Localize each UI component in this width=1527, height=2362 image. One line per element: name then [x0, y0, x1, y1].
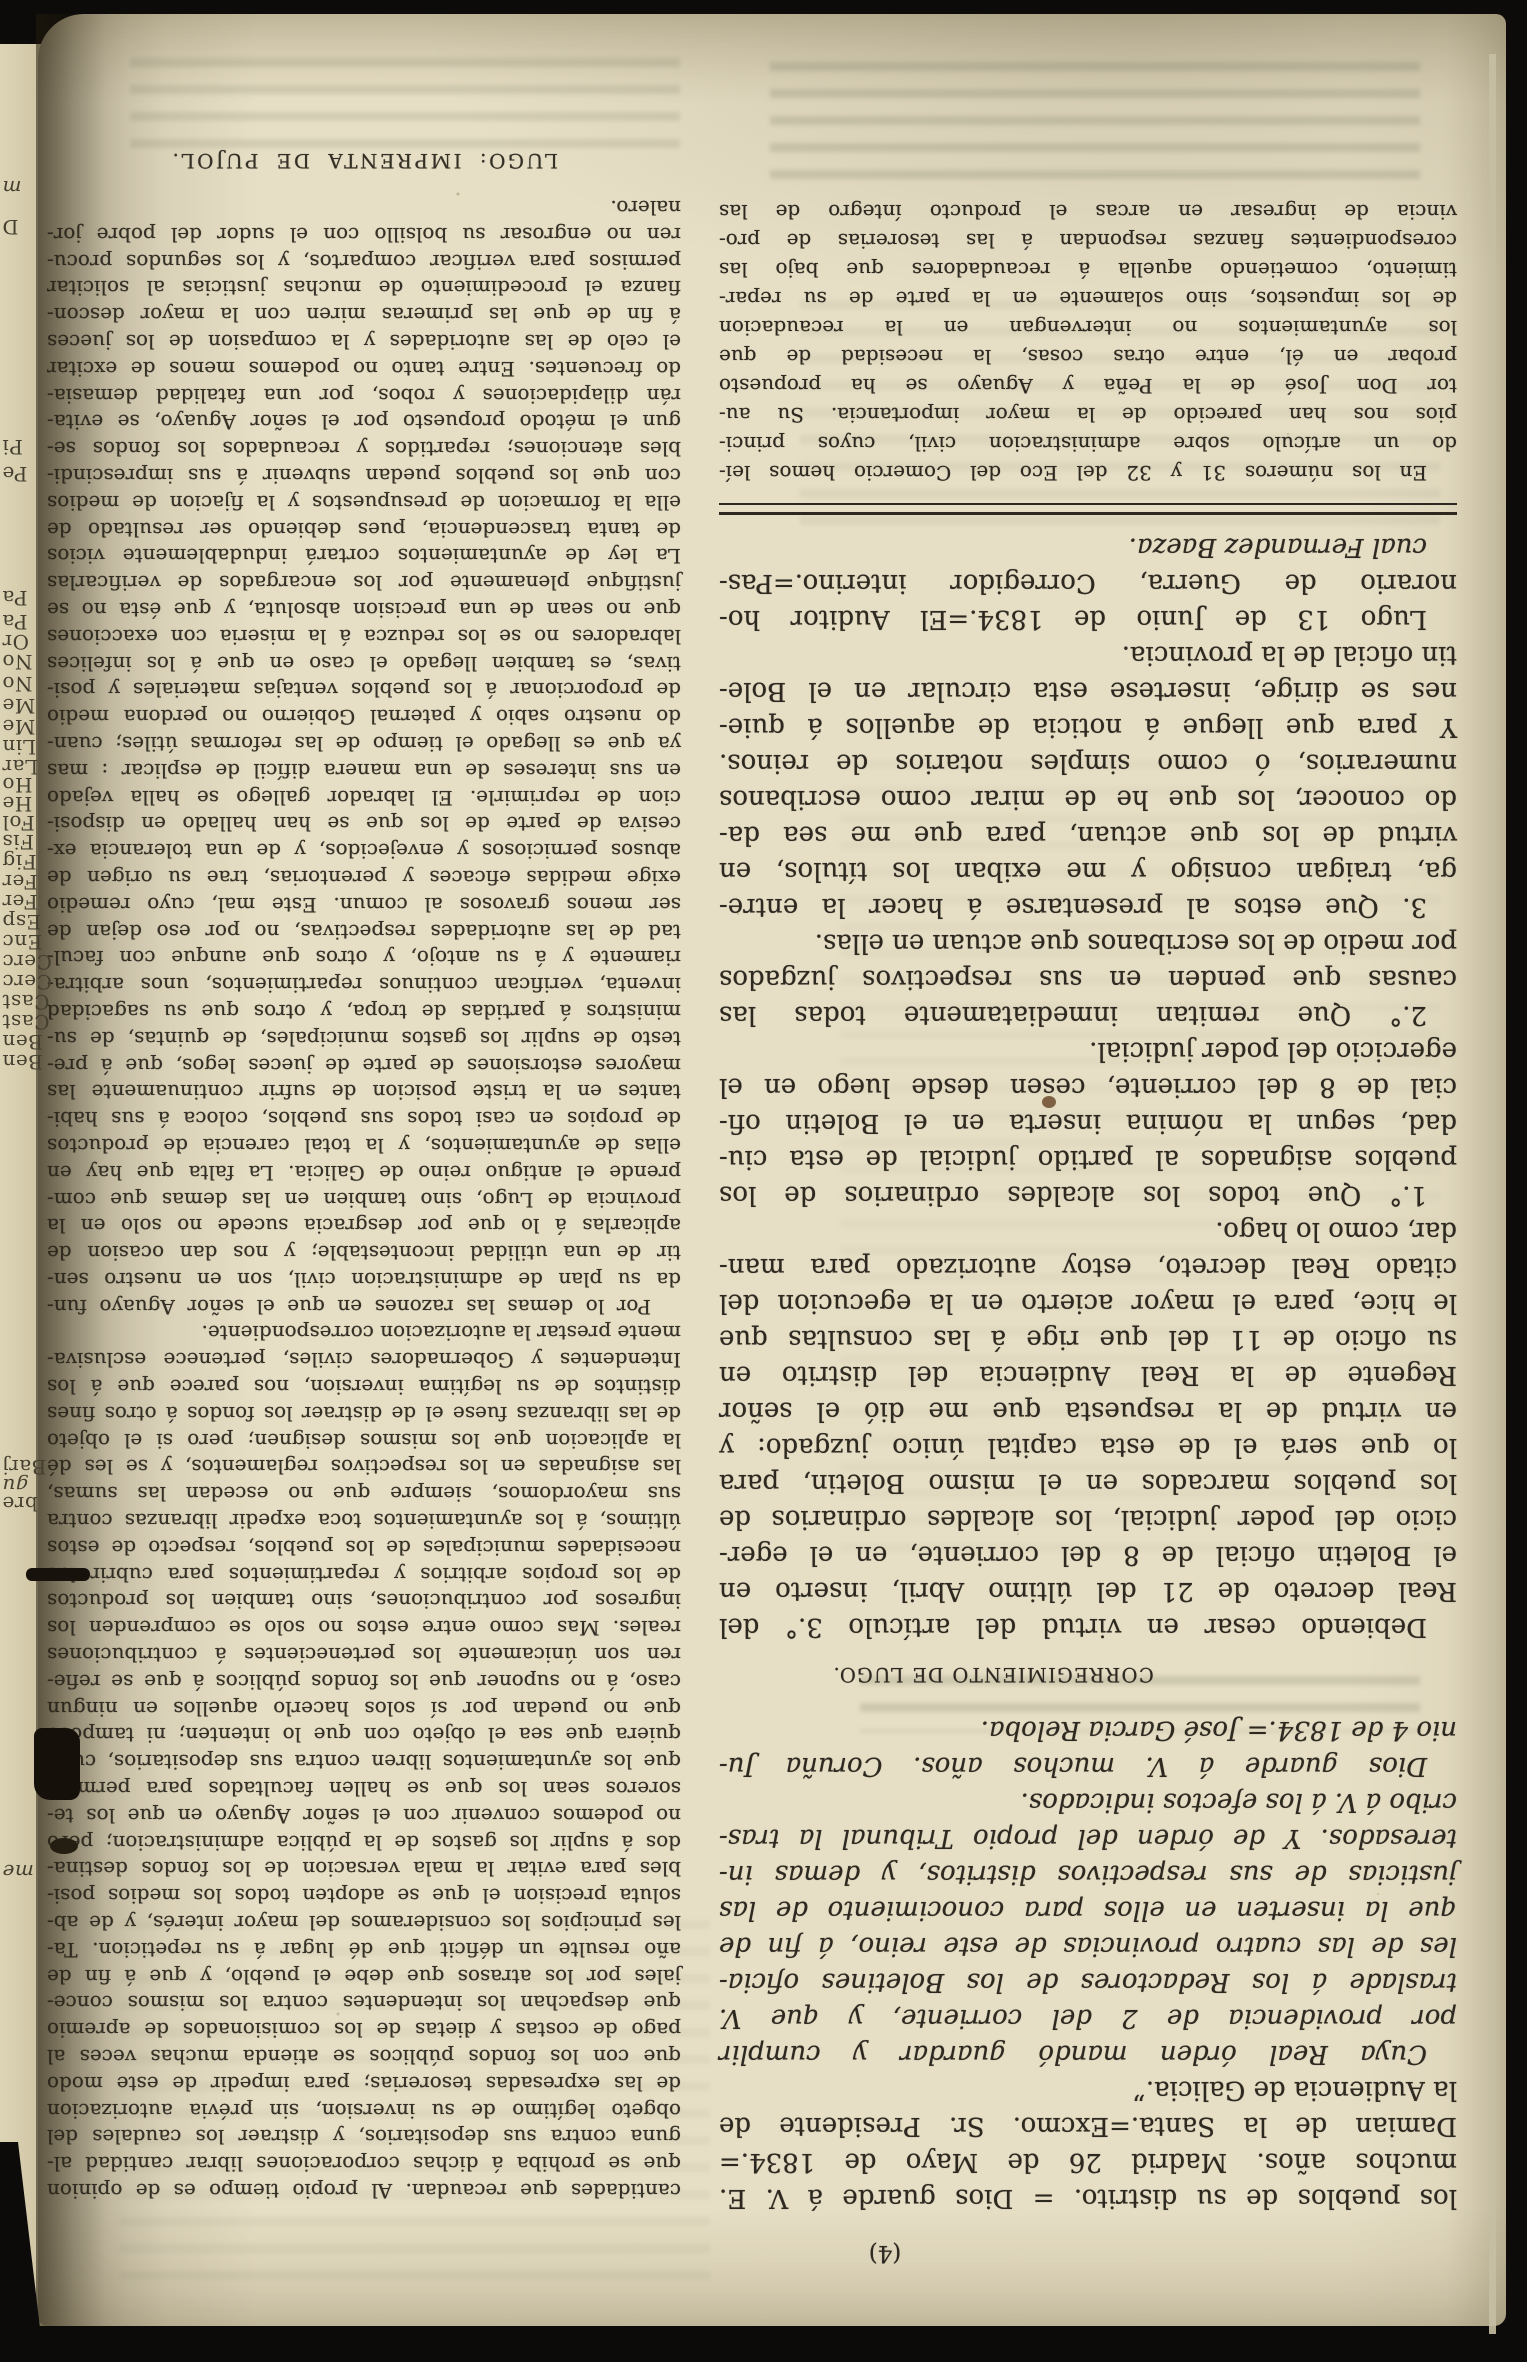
text-line: ingresos por contribuciones, sino tambie…: [47, 1588, 681, 1615]
text-line: do frecuentes. Entre tanto no podemos me…: [47, 355, 681, 382]
column-right: cantidades que recaudan. Al propio tiemp…: [47, 147, 681, 2204]
text-line: Damian de la Santa.=Excmo. Sr. President…: [719, 2108, 1457, 2144]
text-line: cial de 8 del corriente, cesen desde lue…: [719, 1069, 1457, 1105]
text-line: que la inserten en ellos para conocimien…: [719, 1892, 1457, 1928]
text-line: cribo á V. á los efectos indicados.: [719, 1784, 1457, 1820]
text-line: justicias de sus respectivos distritos, …: [719, 1856, 1457, 1892]
text-line: en virtud de la respuesta que me dió el …: [719, 1393, 1457, 1429]
text-line: caso, á no suponer que los fondos públic…: [47, 1668, 681, 1695]
text-line: riamente y á su antojo, y otros que aunq…: [47, 945, 681, 972]
text-line: que se prohiba á dichas corporaciones li…: [47, 2150, 681, 2177]
text-line: sus mayordomos, siempre que no escedan l…: [47, 1480, 681, 1507]
text-line: distintos de su legítima inversion, nos …: [47, 1373, 681, 1400]
text-line: dos á suplir los gastos de la pública ad…: [47, 1829, 681, 1856]
text-line: traslade á los Redactores de los Boletin…: [719, 1964, 1457, 2000]
text-line: su oficio de 11 del que rige á las consu…: [719, 1321, 1457, 1357]
text-line: probar en él, entre otras cosas, la nece…: [719, 342, 1457, 371]
text-line: rán dilapidaciones y robos, por una fata…: [47, 382, 681, 409]
text-line: tor Don José de la Peña y Aguayo se ha p…: [719, 371, 1457, 400]
text-line: que con los fondos públicos se atienda m…: [47, 2043, 681, 2070]
text-line: dar, como lo hago.: [719, 1213, 1457, 1249]
text-line: nalero.: [47, 194, 681, 221]
text-line: bles para evitar la mala versacion de lo…: [47, 1856, 681, 1883]
text-line: ya que es llegado el tiempo de las refor…: [47, 730, 681, 757]
text-line: muchos años. Madrid 26 de Mayo de 1834.=: [719, 2144, 1457, 2180]
text-line: les de las cuatro provincias de este rei…: [719, 1928, 1457, 1964]
text-line: provincia de Lugo, sino tambien en las d…: [47, 1186, 681, 1213]
text-line: numerarios, ó como simples notarios de r…: [719, 745, 1457, 781]
text-line: corespondientes fianzas respondan á las …: [719, 226, 1457, 255]
text-line: cual Fernandez Baeza.: [719, 529, 1457, 565]
column-left: los pueblos de su distrito. = Dios guard…: [719, 197, 1457, 2216]
facing-page-text-fragment: Pa: [2, 586, 27, 610]
text-line: cesiva de parte de los que se han hallad…: [47, 811, 681, 838]
text-line: Dios guarde á V. muchos años. Coruña Ju-: [719, 1748, 1457, 1784]
text-line: mayores estorsiones de parte de jueces l…: [47, 1052, 681, 1079]
text-line: ellas de ayuntamientos, y la total caren…: [47, 1132, 681, 1159]
text-line: En los números 31 y 32 del Eco del Comer…: [719, 458, 1457, 487]
text-line: que despachan los intendentes contra los…: [47, 1990, 681, 2017]
text-line: de las expresadas tesorerias; para imped…: [47, 2070, 681, 2097]
text-line: labradores no se los reduzca á la miseri…: [47, 623, 681, 650]
text-line: de proporcionar á los pueblos ventajas m…: [47, 677, 681, 704]
text-line: que no puedan por sí solos hacerlo aquel…: [47, 1695, 681, 1722]
text-line: testo de suplir los gastos municipales, …: [47, 1025, 681, 1052]
facing-page-text-fragment: m: [2, 176, 21, 200]
text-line: el celo de las autoridades y la compasio…: [47, 328, 681, 355]
text-line: cion de reprimirle. El labrador gallego …: [47, 784, 681, 811]
text-line: de los impuestos, sino solamente en la p…: [719, 284, 1457, 313]
text-line: causas que penden en sus respectivos juz…: [719, 961, 1457, 997]
text-line: Real decreto de 21 del último Abril, ins…: [719, 1573, 1457, 1609]
text-line: que no sean de una precision absoluta, y…: [47, 596, 681, 623]
text-line: egercicio del poder judicial.: [719, 1033, 1457, 1069]
text-line: 1.° Que todos los alcaldes ordinarios de…: [719, 1177, 1457, 1213]
text-line: mente prestar la autorizacion correspond…: [47, 1320, 681, 1347]
text-line: le hice, para el mayor acierto en la ege…: [719, 1285, 1457, 1321]
text-line: nio 4 de 1834.= José Garcia Reloba.: [719, 1712, 1457, 1748]
text-line: tivas, es tambien llegado el caso en que…: [47, 650, 681, 677]
text-line: jales por los atrasos que debe el pueblo…: [47, 1963, 681, 1990]
text-line: tad de las autoridades respectivas, no p…: [47, 918, 681, 945]
text-line: ga, traigan consigo y me exiban los títu…: [719, 853, 1457, 889]
imprint-line: LUGO: IMPRENTA DE PUJOL.: [47, 147, 681, 174]
text-line: dad, segun la nómina inserta en el Bolet…: [719, 1105, 1457, 1141]
text-line: soluta precision el que se adopten todos…: [47, 1882, 681, 1909]
text-line: Por lo demas las razones en que el señor…: [47, 1293, 681, 1320]
text-line: pios nos han parecido de la mayor import…: [719, 400, 1457, 429]
text-line: las asignadas en los respectivos reglame…: [47, 1454, 681, 1481]
text-line: no podemos convenir con el señor Aguayo …: [47, 1802, 681, 1829]
text-line: Y para que llegue á noticia de aquellos …: [719, 709, 1457, 745]
ink-stain: [1042, 1096, 1056, 1108]
text-line: Debiendo cesar en virtud del artículo 3.…: [719, 1609, 1457, 1645]
text-line: necesidades municipales de los pueblos, …: [47, 1534, 681, 1561]
text-line: virtud de los que actuan, para que me se…: [719, 817, 1457, 853]
text-line: con que los pueblos puedan subvenir á su…: [47, 462, 681, 489]
text-line: de tanta trascendencia, pues debiendo se…: [47, 516, 681, 543]
text-line: da su plan de administracion civil, son …: [47, 1266, 681, 1293]
text-line: de propios en casi todos sus pueblos, co…: [47, 1105, 681, 1132]
text-line: inventa, verifican continuos repartimien…: [47, 971, 681, 998]
double-rule-separator: [719, 503, 1457, 515]
facing-page-text-fragment: D: [2, 215, 19, 239]
text-line: la aplicacion que los mismos designen; p…: [47, 1427, 681, 1454]
facing-page-text-fragment: me: [2, 1860, 34, 1884]
ink-stain: [26, 1568, 90, 1581]
text-line: fianza el procedimiento de muchas justic…: [47, 275, 681, 302]
text-line: ministros á partidas de tropa, y otros q…: [47, 998, 681, 1025]
text-line: ella la formacion de presupuestos y la f…: [47, 489, 681, 516]
text-line: tantes en la triste posicion de sufrir c…: [47, 1079, 681, 1106]
text-line: norario de Guerra, Corregidor interino.=…: [719, 565, 1457, 601]
ink-stain: [50, 1838, 78, 1854]
text-line: timiento, cometiendo aquella á recaudado…: [719, 255, 1457, 284]
scan-canvas: (4) los pueblos de su distrito. = Dios g…: [0, 0, 1527, 2362]
text-line: bles atenciones; repartidos y recaudados…: [47, 435, 681, 462]
text-line: los pueblos marcados en el mismo Boletin…: [719, 1465, 1457, 1501]
text-line: justifique plenamente por los encargados…: [47, 569, 681, 596]
text-line: los pueblos de su distrito. = Dios guard…: [719, 2180, 1457, 2216]
text-line: soreros sean los que se hallen facultado…: [47, 1775, 681, 1802]
text-line: Cuya Real órden mandó guardar y cumplir: [719, 2036, 1457, 2072]
text-line: cicio del poder judicial, los alcaldes o…: [719, 1501, 1457, 1537]
text-line: el Boletin oficial de 8 del corriente, e…: [719, 1537, 1457, 1573]
text-line: La ley de ayuntamientos cortará indudabl…: [47, 543, 681, 570]
text-line: de los propios arbitrios y repartimiento…: [47, 1561, 681, 1588]
text-line: vincia de ingresar en arcas el producto …: [719, 197, 1457, 226]
text-line: 3. Que estos al presentarse á hacer la e…: [719, 889, 1457, 925]
text-line: do conocer, los que he de mirar como esc…: [719, 781, 1457, 817]
text-line: gun el método propuesto por el señor Agu…: [47, 409, 681, 436]
facing-page-text-fragment: No: [2, 672, 33, 696]
text-line: pago de costas y dietas de los comisiona…: [47, 2016, 681, 2043]
text-line: abusos perniciosos y envejecidos, y de u…: [47, 837, 681, 864]
facing-page-text-fragment: bre: [2, 1492, 38, 1516]
text-line: los ayuntamientos no intervengan en la r…: [719, 313, 1457, 342]
text-line: Regente de la Real Audiencia del distrit…: [719, 1357, 1457, 1393]
text-line: citado Real decreto, estoy autorizado pa…: [719, 1249, 1457, 1285]
text-line: año resulte un déficit que dé lugar á su…: [47, 1936, 681, 1963]
text-line: ser menos gravosos al comun. Este mal, c…: [47, 891, 681, 918]
text-line: por medio de los escribanos que actuan e…: [719, 925, 1457, 961]
text-line: cantidades que recaudan. Al propio tiemp…: [47, 2177, 681, 2204]
text-line: reales. Mas como entre estos no solo se …: [47, 1614, 681, 1641]
facing-page-text-fragment: No: [2, 650, 33, 674]
text-line: tin oficial de la provincia.: [719, 637, 1457, 673]
text-line: do un artículo sobre administracion civi…: [719, 429, 1457, 458]
text-line: exige medidas eficaces y perentorias, tr…: [47, 864, 681, 891]
text-line: quiera que sea el objeto con que lo inte…: [47, 1722, 681, 1749]
facing-page-text-fragment: Pi: [2, 435, 23, 459]
text-line: prende el antiguo reino de Galicia. La f…: [47, 1159, 681, 1186]
text-line: 2.° Que remitan inmediatamente todas las: [719, 997, 1457, 1033]
text-line: que los ayuntamientos libren contra sus …: [47, 1748, 681, 1775]
section-heading: CORREGIMIENTO DE LUGO.: [719, 1663, 1457, 1686]
text-line: Lugo 13 de Junio de 1834.=El Auditor ho-: [719, 601, 1457, 637]
text-line: ren no engrosar su bolsillo con el sudor…: [47, 221, 681, 248]
text-line: á fin de que las primeras miren con la m…: [47, 301, 681, 328]
text-line: lo que será el de esta capital único juz…: [719, 1429, 1457, 1465]
text-line: de las libranzas fuese el de distraer lo…: [47, 1400, 681, 1427]
text-line: teresados. Y de órden del propio Tribuna…: [719, 1820, 1457, 1856]
text-line: en sus intereses de una manera difícil d…: [47, 757, 681, 784]
text-line: ren son únicamente los pertenecientes á …: [47, 1641, 681, 1668]
rotated-content-layer: (4) los pueblos de su distrito. = Dios g…: [0, 0, 1527, 2362]
text-line: la Audiencia de Galicia.”: [719, 2072, 1457, 2108]
page-number: (4): [805, 2240, 965, 2266]
text-line: tir de una utilidad incontestable; y nos…: [47, 1239, 681, 1266]
text-line: les principios los consideramos del mayo…: [47, 1909, 681, 1936]
text-line: do nuestro sabio y paternal Gobierno no …: [47, 703, 681, 730]
text-line: Intendentes y Gobernadores civiles, pert…: [47, 1347, 681, 1374]
facing-page-text-fragment: Ben: [2, 1050, 43, 1074]
facing-page-text-fragment: Pe: [2, 462, 27, 486]
text-line: pueblos asignados al partido judicial de…: [719, 1141, 1457, 1177]
ink-stain: [34, 1728, 80, 1800]
text-line: permisos para verificar compartos, y los…: [47, 248, 681, 275]
text-line: guna contra sus depositarios, y distraer…: [47, 2124, 681, 2151]
text-line: por providencia de 2 del corriente, y qu…: [719, 2000, 1457, 2036]
text-line: aplicarlas á lo que por desgracia sucede…: [47, 1213, 681, 1240]
text-line: obgeto legítimo de su inversion, sin pré…: [47, 2097, 681, 2124]
text-line: últimos, á los ayuntamientos toca expedi…: [47, 1507, 681, 1534]
text-line: nes se dirige, insertese esta circular e…: [719, 673, 1457, 709]
